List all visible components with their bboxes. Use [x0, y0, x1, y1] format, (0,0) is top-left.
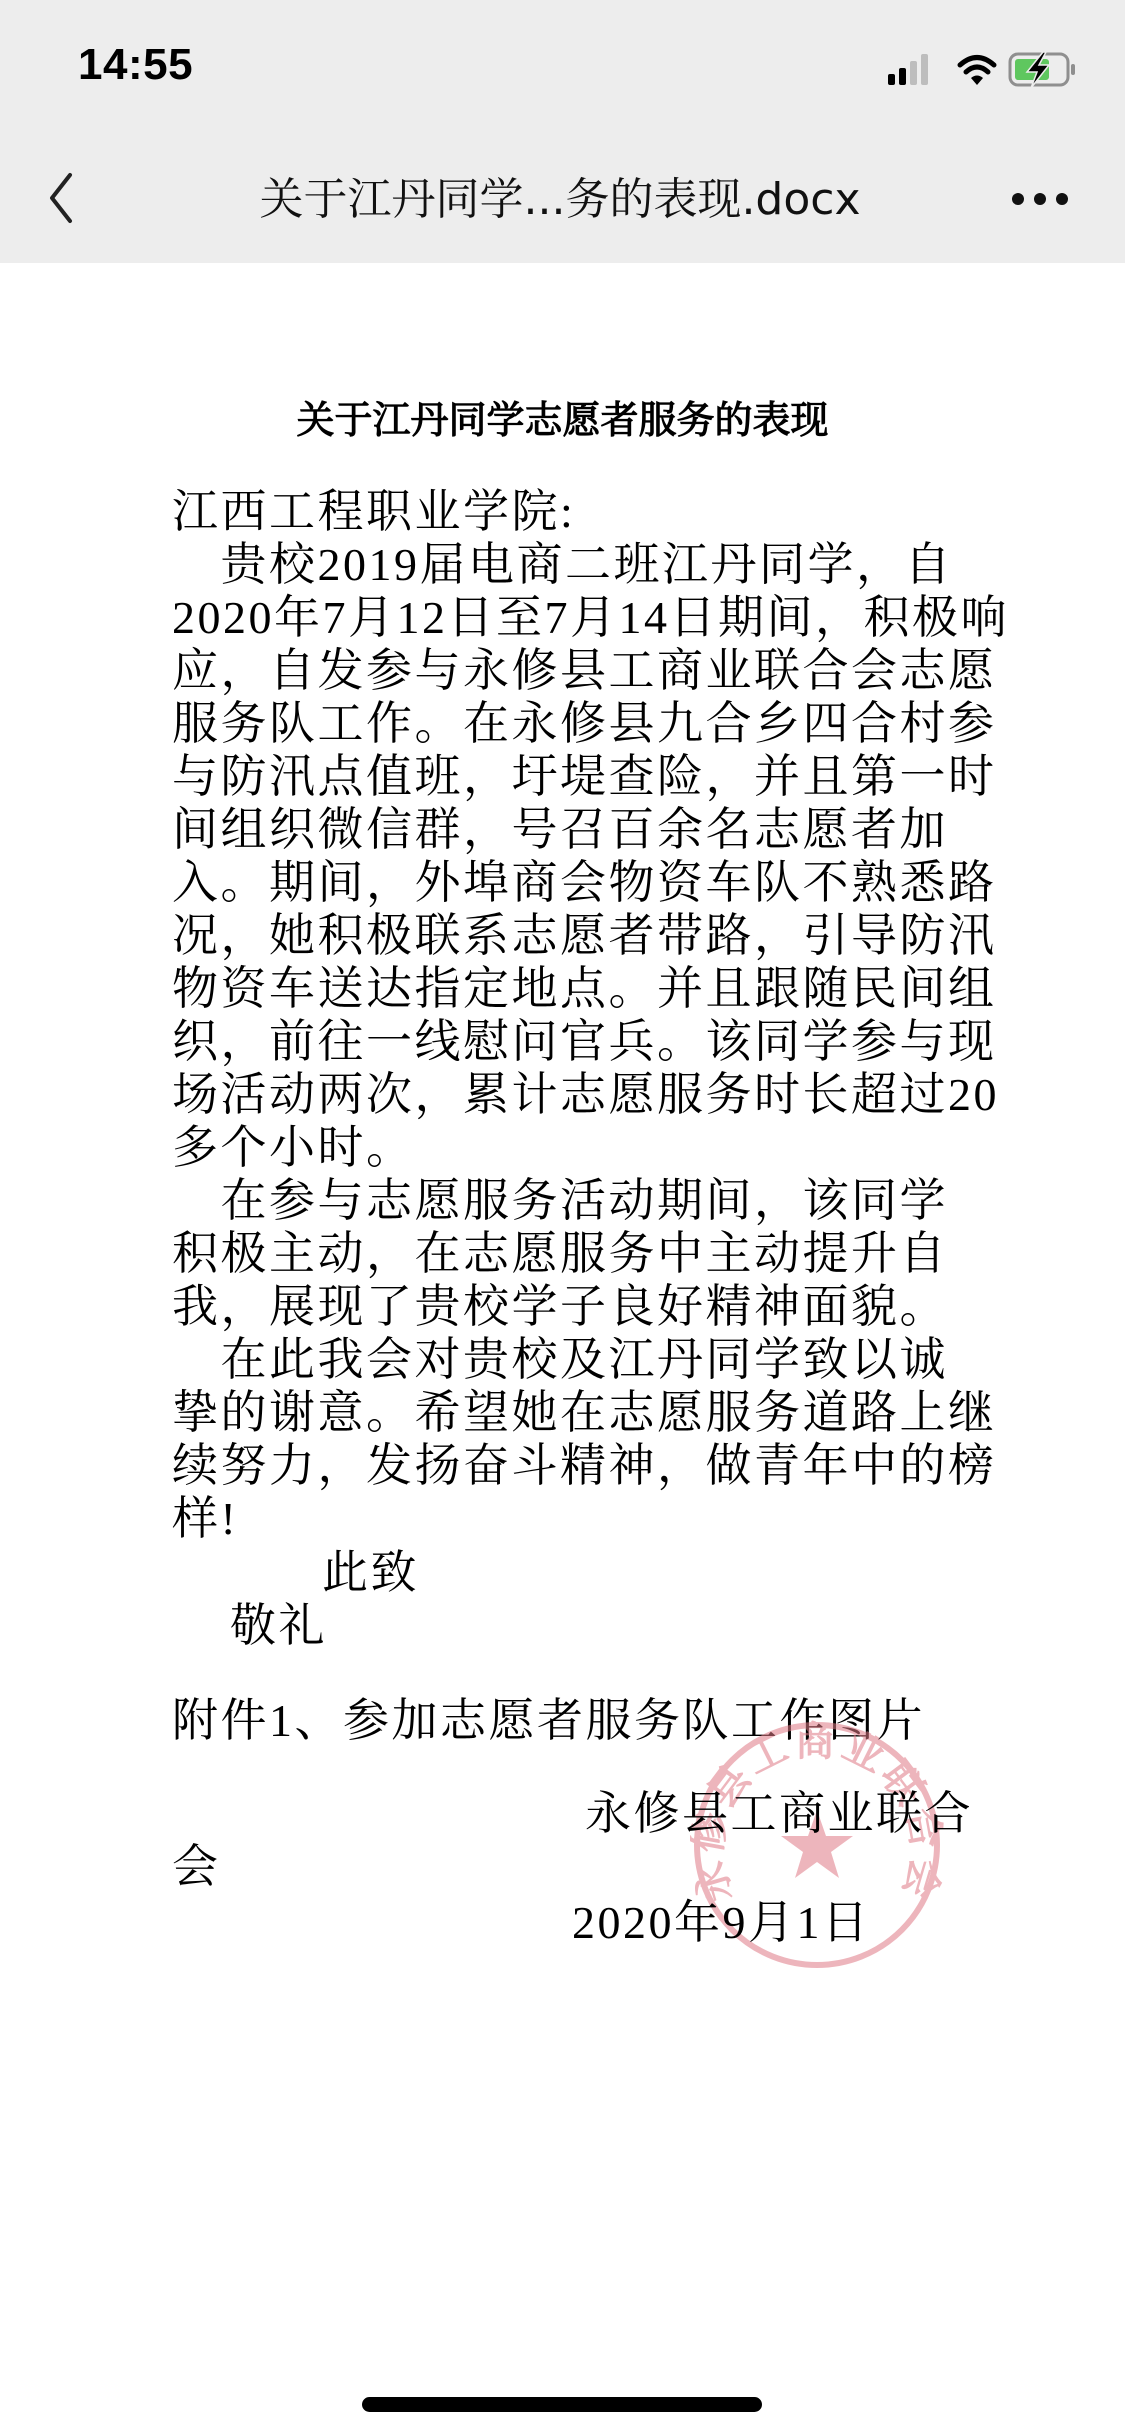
- body-line: 样!: [172, 1492, 972, 1546]
- body-line: 服务队工作。在永修县九合乡四合村参: [172, 697, 972, 751]
- back-button[interactable]: [40, 165, 90, 231]
- signature-org-line-2: 会: [172, 1840, 972, 1894]
- home-indicator[interactable]: [362, 2397, 762, 2412]
- body-line: 贵校2019届电商二班江丹同学，自: [172, 538, 972, 592]
- body-line: 续努力，发扬奋斗精神，做青年中的榜: [172, 1439, 972, 1493]
- body-line: 2020年7月12日至7月14日期间，积极响: [172, 591, 972, 645]
- body-line: 入。期间，外埠商会物资车队不熟悉路: [172, 856, 972, 910]
- body-line: 多个小时。: [172, 1121, 972, 1175]
- attachment-note: 附件1、参加志愿者服务队工作图片: [172, 1694, 972, 1748]
- body-line: 我，展现了贵校学子良好精神面貌。: [172, 1280, 972, 1334]
- signal-icon: [888, 54, 928, 85]
- body-line: 应，自发参与永修县工商业联合会志愿: [172, 644, 972, 698]
- file-title: 关于江丹同学...务的表现.docx: [180, 170, 940, 230]
- top-bar: 14:55 关于江丹同学...: [0, 0, 1125, 263]
- salutation: 江西工程职业学院:: [172, 485, 972, 539]
- body-line: 在此我会对贵校及江丹同学致以诚: [172, 1333, 972, 1387]
- battery-icon: [1010, 52, 1075, 88]
- body-line: 与防汛点值班，圩堤查险，并且第一时: [172, 750, 972, 804]
- signature-org-line-1: 永修县工商业联合: [585, 1787, 1125, 1841]
- body-line: 况，她积极联系志愿者带路，引导防汛: [172, 909, 972, 963]
- body-line: 间组织微信群，号召百余名志愿者加: [172, 803, 972, 857]
- status-time: 14:55: [78, 40, 193, 90]
- body-line: 物资车送达指定地点。并且跟随民间组: [172, 962, 972, 1016]
- document-page[interactable]: 关于江丹同学志愿者服务的表现 江西工程职业学院: 贵校2019届电商二班江丹同学…: [0, 263, 1125, 2436]
- body-line: 挚的谢意。希望她在志愿服务道路上继: [172, 1386, 972, 1440]
- status-icons: [880, 50, 1100, 90]
- chevron-left-icon: [40, 165, 90, 231]
- body-line: 场活动两次，累计志愿服务时长超过20: [172, 1068, 972, 1122]
- document-title: 关于江丹同学志愿者服务的表现: [0, 395, 1125, 445]
- ellipsis-icon: [1000, 178, 1080, 220]
- closing-jingli: 敬礼: [230, 1599, 1030, 1653]
- more-button[interactable]: [1000, 178, 1080, 220]
- signature-date: 2020年9月1日: [572, 1896, 1125, 1950]
- closing-cizhi: 此致: [322, 1546, 1122, 1600]
- wifi-icon: [960, 58, 994, 86]
- body-line: 积极主动，在志愿服务中主动提升自: [172, 1227, 972, 1281]
- body-line: 织，前往一线慰问官兵。该同学参与现: [172, 1015, 972, 1069]
- body-line: 在参与志愿服务活动期间，该同学: [172, 1174, 972, 1228]
